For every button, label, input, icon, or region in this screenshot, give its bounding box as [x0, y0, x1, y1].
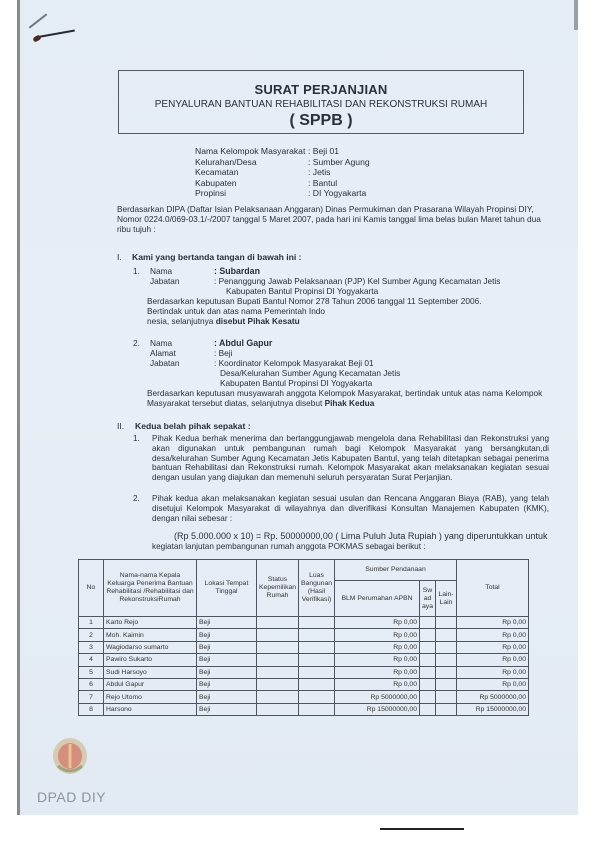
cell-no: 4	[79, 654, 104, 666]
cell-total: Rp 5000000,00	[457, 691, 529, 703]
item-number: 1.	[133, 434, 152, 483]
party-basis: Masyarakat tersebut diatas, selanjutnya …	[133, 398, 542, 408]
party-role-cont: Desa/Kelurahan Sumber Agung Kecamatan Je…	[133, 368, 542, 378]
section-title: Kedua belah pihak sepakat :	[135, 421, 251, 431]
cell-lokasi: Beji	[197, 678, 257, 690]
party-alias: Pihak Kedua	[325, 398, 375, 408]
party-number: 1.	[133, 266, 150, 276]
identity-label: Kabupaten	[195, 178, 308, 189]
identity-block: Nama Kelompok Masyarakat: Beji 01 Kelura…	[195, 146, 370, 199]
field-label: Alamat	[150, 348, 214, 358]
field-label: Jabatan	[150, 358, 214, 368]
cell-name: Wagiodarso sumarto	[104, 641, 197, 653]
agreement-item: 1. Pihak Kedua berhak menerima dan berta…	[133, 434, 549, 483]
party-basis: Berdasarkan keputusan Bupati Bantul Nomo…	[133, 296, 500, 306]
cell-total: Rp 0,00	[457, 641, 529, 653]
page-edge-shadow	[574, 0, 578, 30]
cell-lokasi: Beji	[197, 654, 257, 666]
cell-name: Moh. Kaimin	[104, 629, 197, 641]
col-total: Total	[457, 560, 529, 617]
beneficiary-table: No Nama-nama Kepala Keluarga Penerima Ba…	[78, 559, 529, 716]
item-number: 2.	[133, 494, 152, 523]
cell-total: Rp 0,00	[457, 617, 529, 629]
cell-apbn: Rp 0,00	[335, 617, 420, 629]
party-address: : Beji	[214, 348, 232, 358]
identity-value: : Jetis	[308, 167, 330, 178]
amount-calculation: (Rp 5.000.000 x 10) = Rp. 50000000,00 ( …	[174, 531, 548, 541]
party-alias: disebut Pihak Kesatu	[216, 316, 300, 326]
cell-apbn: Rp 0,00	[335, 666, 420, 678]
cell-no: 5	[79, 666, 104, 678]
cell-total: Rp 0,00	[457, 629, 529, 641]
col-apbn: BLM Perumahan APBN	[335, 581, 420, 617]
party-2: 2.Nama: Abdul Gapur Alamat: Beji Jabatan…	[133, 338, 542, 408]
cell-name: Karto Rejo	[104, 617, 197, 629]
item-text: Pihak kedua akan melaksanakan kegiatan s…	[152, 494, 549, 523]
cell-name: Sudi Harsoyo	[104, 666, 197, 678]
party-role: : Koordinator Kelompok Masyarakat Beji 0…	[214, 358, 374, 368]
cell-apbn: Rp 15000000,00	[335, 703, 420, 715]
agreement-item: 2. Pihak kedua akan melaksanakan kegiata…	[133, 494, 549, 523]
party-name: : Subardan	[214, 266, 260, 276]
document-title: SURAT PERJANJIAN	[119, 82, 523, 97]
identity-value: : Bantul	[308, 178, 337, 189]
identity-label: Nama Kelompok Masyarakat	[195, 146, 308, 157]
col-lain: Lain-Lain	[436, 581, 457, 617]
cell-no: 2	[79, 629, 104, 641]
table-row: 2Moh. KaiminBejiRp 0,00Rp 0,00	[79, 629, 529, 641]
cell-lokasi: Beji	[197, 617, 257, 629]
cell-name: Pawiro Sukarto	[104, 654, 197, 666]
section-number: I.	[117, 252, 132, 262]
section-number: II.	[117, 421, 135, 431]
watermark: DPAD DIY	[37, 789, 106, 805]
party-1: 1.Nama: Subardan Jabatan: Penanggung Jaw…	[133, 266, 500, 326]
col-no: No	[79, 560, 104, 617]
party-number: 2.	[133, 338, 150, 348]
field-label: Jabatan	[150, 276, 214, 286]
table-row: 7Rejo UtomoBejiRp 5000000,00Rp 5000000,0…	[79, 691, 529, 703]
cell-apbn: Rp 0,00	[335, 629, 420, 641]
identity-label: Kecamatan	[195, 167, 308, 178]
cell-lokasi: Beji	[197, 703, 257, 715]
table-row: 3Wagiodarso sumartoBejiRp 0,00Rp 0,00	[79, 641, 529, 653]
identity-value: : DI Yogyakarta	[308, 188, 366, 199]
field-label: Nama	[150, 338, 214, 348]
item-text: Pihak Kedua berhak menerima dan bertangg…	[152, 434, 549, 483]
cell-lokasi: Beji	[197, 629, 257, 641]
party-name: : Abdul Gapur	[214, 338, 272, 348]
identity-label: Propinsi	[195, 188, 308, 199]
col-luas: Luas Bangunan (Hasil Verifikasi)	[299, 560, 335, 617]
cell-apbn: Rp 0,00	[335, 678, 420, 690]
table-row: 5Sudi HarsoyoBejiRp 0,00Rp 0,00	[79, 666, 529, 678]
table-row: 8HarsonoBejiRp 15000000,00Rp 15000000,00	[79, 703, 529, 715]
cell-name: Abdul Gapur	[104, 678, 197, 690]
document-code: ( SPPB )	[119, 112, 523, 130]
cell-name: Harsono	[104, 703, 197, 715]
intro-paragraph: Berdasarkan DIPA (Daftar Isian Pelaksana…	[117, 205, 542, 234]
party-role-cont: Kabupaten Bantul Propinsi DI Yogyakarta	[133, 378, 542, 388]
cell-lokasi: Beji	[197, 666, 257, 678]
cell-total: Rp 0,00	[457, 666, 529, 678]
table-row: 4Pawiro SukartoBejiRp 0,00Rp 0,00	[79, 654, 529, 666]
section-1-heading: I.Kami yang bertanda tangan di bawah ini…	[117, 252, 302, 262]
cell-apbn: Rp 0,00	[335, 654, 420, 666]
identity-value: : Sumber Agung	[308, 157, 370, 168]
title-box: SURAT PERJANJIAN PENYALURAN BANTUAN REHA…	[118, 70, 524, 134]
dpad-diy-emblem-icon	[50, 736, 90, 778]
cell-name: Rejo Utomo	[104, 691, 197, 703]
cell-no: 7	[79, 691, 104, 703]
footer-rule	[380, 828, 464, 830]
col-name: Nama-nama Kepala Keluarga Penerima Bantu…	[104, 560, 197, 617]
cell-total: Rp 0,00	[457, 678, 529, 690]
identity-label: Kelurahan/Desa	[195, 157, 308, 168]
section-title: Kami yang bertanda tangan di bawah ini :	[132, 252, 302, 262]
party-role-cont: Kabupaten Bantul Propinsi DI Yogyakarta	[133, 286, 500, 296]
cell-total: Rp 0,00	[457, 654, 529, 666]
amount-calculation-cont: kegiatan lanjutan pembangunan rumah angg…	[152, 542, 426, 551]
party-basis: Bertindak untuk dan atas nama Pemerintah…	[133, 306, 500, 316]
party-basis: nesia, selanjutnya disebut Pihak Kesatu	[133, 316, 500, 326]
table-row: 6Abdul GapurBejiRp 0,00Rp 0,00	[79, 678, 529, 690]
party-role: : Penanggung Jawab Pelaksanaan (PJP) Kel…	[214, 276, 500, 286]
col-status: Status Kepemilikan Rumah	[257, 560, 299, 617]
party-basis: Berdasarkan keputusan musyawarah anggota…	[133, 388, 542, 398]
basis-text: nesia, selanjutnya	[147, 316, 216, 326]
document-subtitle: PENYALURAN BANTUAN REHABILITASI DAN REKO…	[119, 99, 523, 110]
identity-value: : Beji 01	[308, 146, 339, 157]
cell-apbn: Rp 5000000,00	[335, 691, 420, 703]
cell-lokasi: Beji	[197, 641, 257, 653]
cell-no: 6	[79, 678, 104, 690]
col-sumber-pendanaan: Sumber Pendanaan	[335, 560, 457, 581]
cell-no: 3	[79, 641, 104, 653]
basis-text: Masyarakat tersebut diatas, selanjutnya …	[147, 398, 325, 408]
cell-apbn: Rp 0,00	[335, 641, 420, 653]
col-lokasi: Lokasi Tempat Tinggal	[197, 560, 257, 617]
col-swadaya: Swadaya	[420, 581, 436, 617]
cell-lokasi: Beji	[197, 691, 257, 703]
section-2-heading: II.Kedua belah pihak sepakat :	[117, 421, 251, 431]
table-row: 1Karto RejoBejiRp 0,00Rp 0,00	[79, 617, 529, 629]
cell-total: Rp 15000000,00	[457, 703, 529, 715]
cell-no: 8	[79, 703, 104, 715]
cell-no: 1	[79, 617, 104, 629]
field-label: Nama	[150, 266, 214, 276]
